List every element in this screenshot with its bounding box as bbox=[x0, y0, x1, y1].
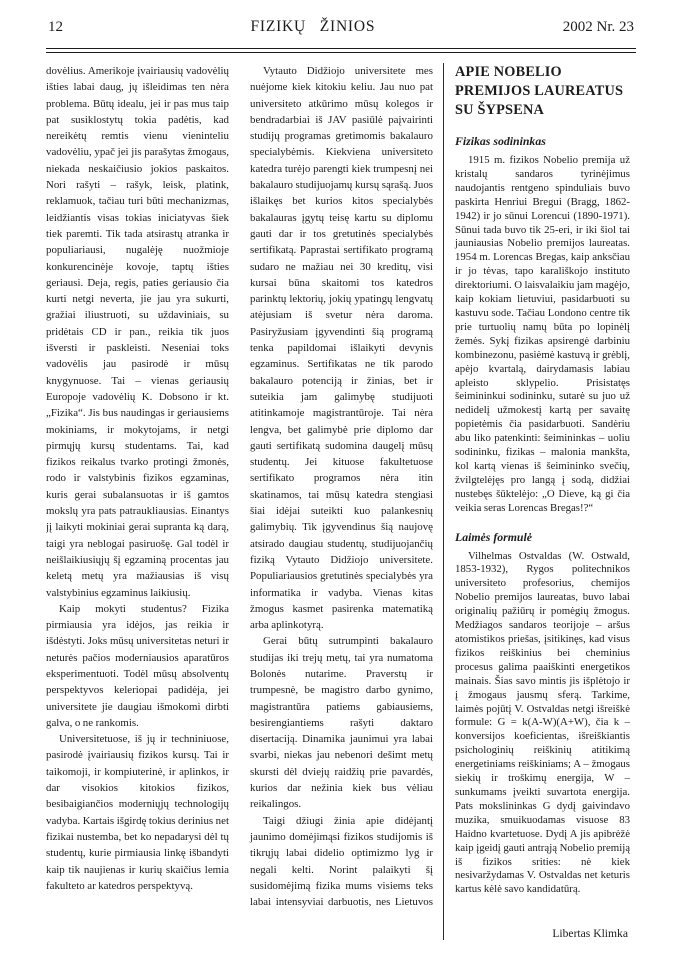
author-signature: Libertas Klimka bbox=[455, 927, 630, 940]
page-number: 12 bbox=[48, 19, 63, 36]
header-divider bbox=[46, 48, 636, 53]
masthead: 12 FIZIKŲ ŽINIOS 2002 Nr. 23 bbox=[46, 10, 636, 46]
issue-label: 2002 Nr. 23 bbox=[563, 19, 634, 36]
article-nobel-laureates: APIE NOBELIO PREMIJOS LAUREATUS SU ŠYPSE… bbox=[443, 63, 630, 940]
paragraph: Kaip mokyti studentus? Fizika pirmiausia… bbox=[46, 601, 229, 731]
paragraph: dovėlius. Amerikoje įvairiausių vadovėli… bbox=[46, 63, 229, 601]
paragraph: Universitetuose, iš jų ir techniniuose, … bbox=[46, 731, 229, 894]
paragraph: Gerai būtų sutrumpinti bakalauro studija… bbox=[250, 633, 433, 812]
paragraph: Vilhelmas Ostvaldas (W. Ostwald, 1853-19… bbox=[455, 550, 630, 898]
magazine-page: 12 FIZIKŲ ŽINIOS 2002 Nr. 23 dovėlius. A… bbox=[0, 0, 680, 962]
article-title: APIE NOBELIO PREMIJOS LAUREATUS SU ŠYPSE… bbox=[455, 63, 630, 120]
article-physics-education: dovėlius. Amerikoje įvairiausių vadovėli… bbox=[46, 63, 433, 915]
paragraph: 1915 m. fizikos Nobelio premija už krist… bbox=[455, 154, 630, 516]
page-content: dovėlius. Amerikoje įvairiausių vadovėli… bbox=[46, 63, 636, 940]
journal-title: FIZIKŲ ŽINIOS bbox=[250, 18, 375, 36]
paragraph: Vytauto Didžiojo universitete mes nuėjom… bbox=[250, 63, 433, 633]
section-heading-gardener: Fizikas sodininkas bbox=[455, 134, 630, 149]
section-heading-happiness-formula: Laimės formulė bbox=[455, 530, 630, 545]
